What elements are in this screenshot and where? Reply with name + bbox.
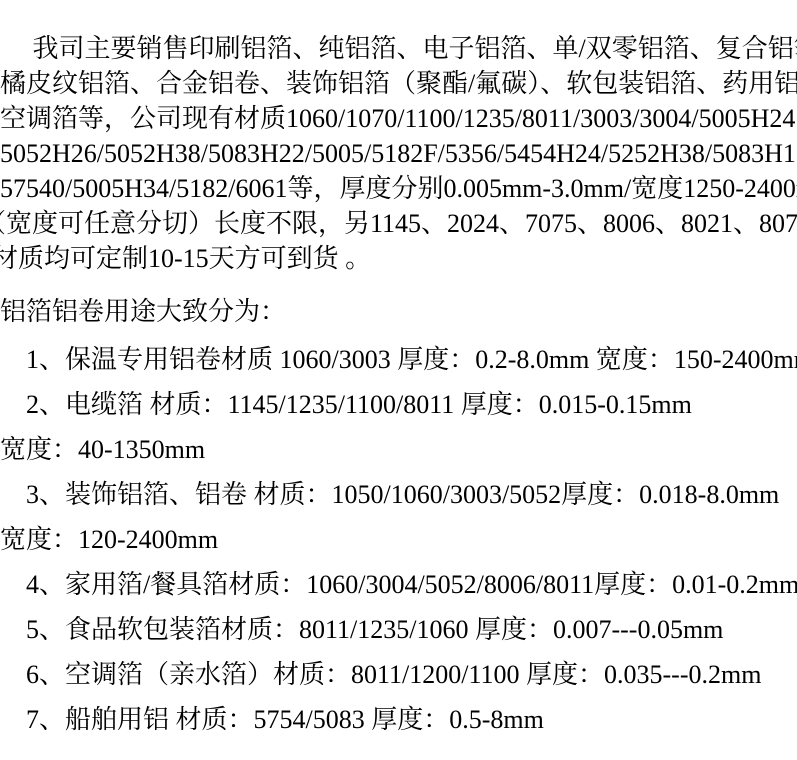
- usage-item: 1、保温专用铝卷材质 1060/3003 厚度：0.2-8.0mm 宽度：150…: [0, 337, 797, 382]
- usage-item-continuation: 宽度：40-1350mm: [0, 427, 797, 472]
- usage-list: 1、保温专用铝卷材质 1060/3003 厚度：0.2-8.0mm 宽度：150…: [0, 337, 797, 742]
- intro-line: （宽度可任意分切）长度不限，另1145、2024、7075、8006、8021、…: [0, 206, 797, 241]
- usage-item: 3、装饰铝箔、铝卷 材质：1050/1060/3003/5052厚度：0.018…: [0, 472, 797, 517]
- intro-line: 我司主要销售印刷铝箔、纯铝箔、电子铝箔、单/双零铝箔、复合铝箔: [0, 31, 797, 66]
- intro-line: 57540/5005H34/5182/6061等，厚度分别0.005mm-3.0…: [0, 171, 797, 206]
- intro-line: 材质均可定制10-15天方可到货 。: [0, 241, 797, 276]
- usage-item-continuation: 宽度：120-2400mm: [0, 517, 797, 562]
- intro-line: 空调箔等，公司现有材质1060/1070/1100/1235/8011/3003…: [0, 101, 797, 136]
- intro-line: 橘皮纹铝箔、合金铝卷、装饰铝箔（聚酯/氟碳）、软包装铝箔、药用铝箔: [0, 66, 797, 101]
- document-page: 我司主要销售印刷铝箔、纯铝箔、电子铝箔、单/双零铝箔、复合铝箔 橘皮纹铝箔、合金…: [0, 0, 797, 742]
- usage-section-heading: 铝箔铝卷用途大致分为：: [0, 294, 797, 329]
- usage-item: 2、电缆箔 材质：1145/1235/1100/8011 厚度：0.015-0.…: [0, 382, 797, 427]
- usage-item: 7、船舶用铝 材质：5754/5083 厚度：0.5-8mm: [0, 697, 797, 742]
- usage-item: 4、家用箔/餐具箔材质：1060/3004/5052/8006/8011厚度：0…: [0, 562, 797, 607]
- intro-line: 5052H26/5052H38/5083H22/5005/5182F/5356/…: [0, 136, 797, 171]
- intro-paragraph: 我司主要销售印刷铝箔、纯铝箔、电子铝箔、单/双零铝箔、复合铝箔 橘皮纹铝箔、合金…: [0, 31, 797, 276]
- usage-item: 5、食品软包装箔材质：8011/1235/1060 厚度：0.007---0.0…: [0, 607, 797, 652]
- usage-item: 6、空调箔（亲水箔）材质：8011/1200/1100 厚度：0.035---0…: [0, 652, 797, 697]
